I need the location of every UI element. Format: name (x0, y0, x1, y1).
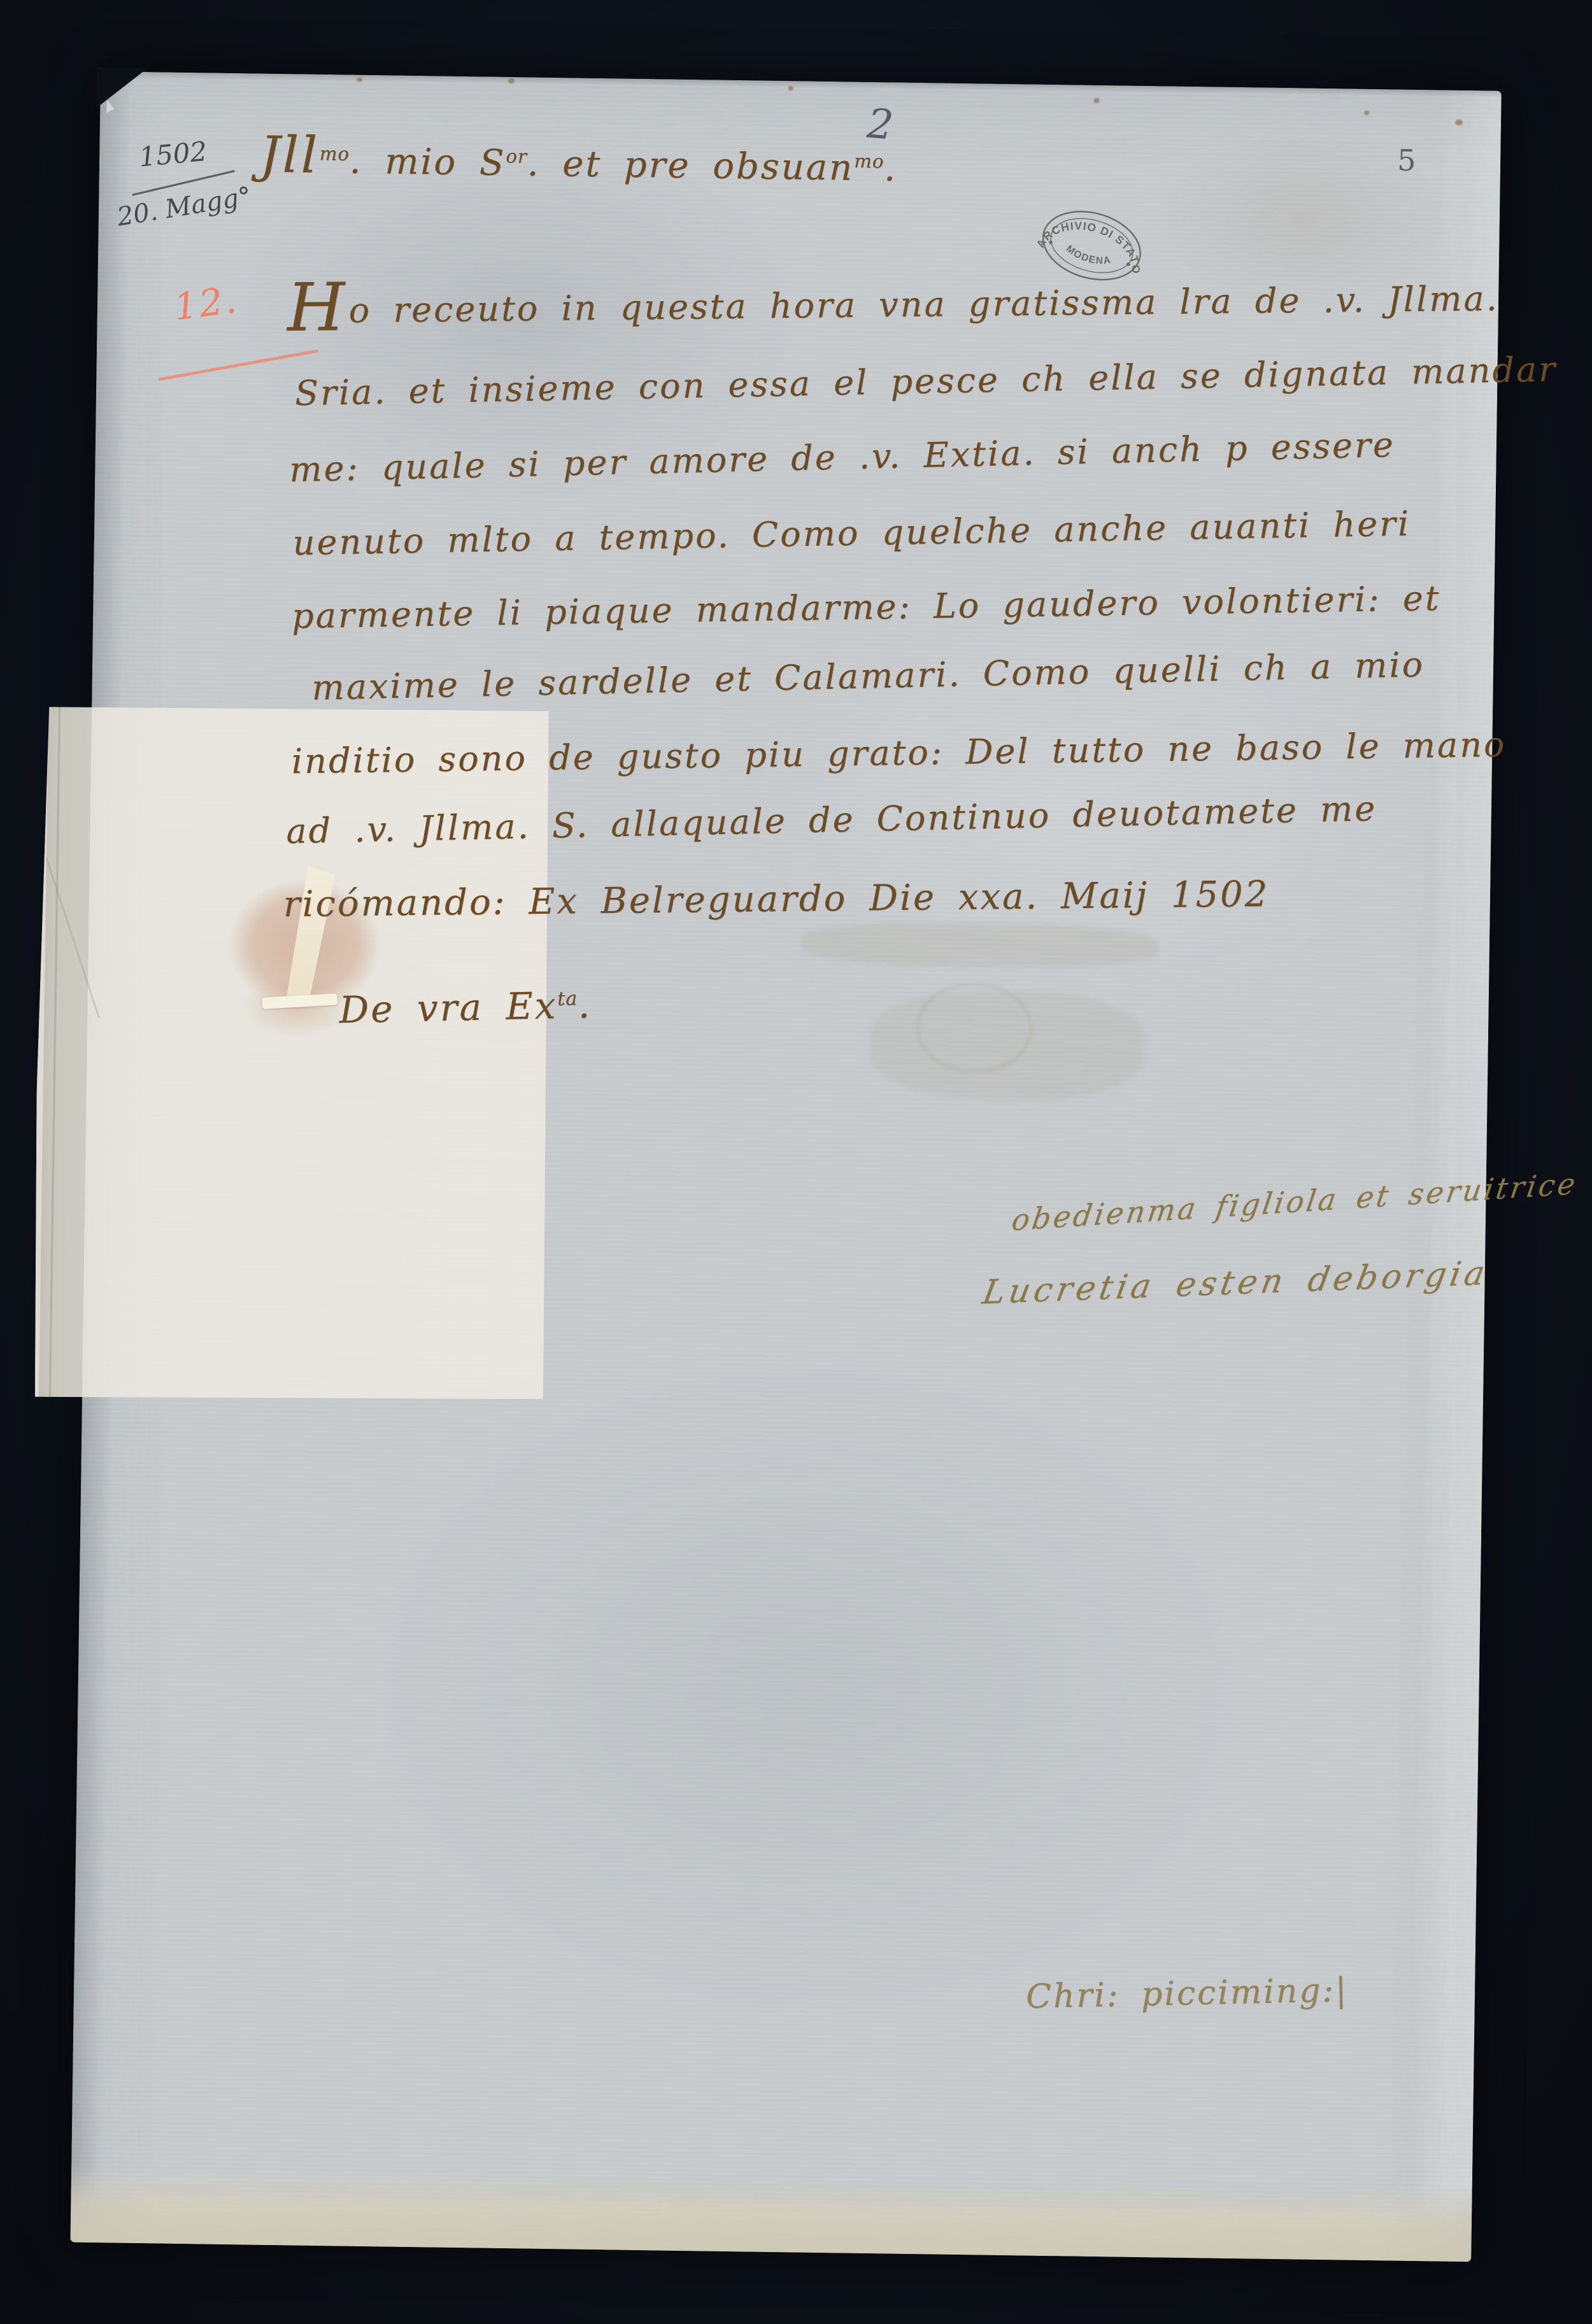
salutation-illmo: Jll (260, 126, 320, 185)
manuscript-line-6: maxime le sardelle et Calamari. Como que… (311, 644, 1425, 708)
guard-sheet-diagonal-crease (46, 858, 100, 1018)
archival-photo-scene: 1502 20. Magg° Jllmo. mio Sor. et pre ob… (0, 0, 1592, 2324)
stamp-bottom-textpath: MODENA (1062, 242, 1114, 271)
manuscript-line-1-text: o receuto in questa hora vna gratissma l… (348, 278, 1499, 330)
signature-line-2: Lucretia esten deborgia (980, 1254, 1491, 1312)
salutation-obsuan: . et pre obsuan (527, 143, 854, 188)
letter-sheet: 1502 20. Magg° Jllmo. mio Sor. et pre ob… (70, 71, 1501, 2262)
archival-daymonth-note: 20. Magg° (115, 181, 253, 232)
ink-bleedthrough-upper (802, 921, 1159, 970)
manuscript-line-2: Sria. et insieme con essa el pesce ch el… (294, 349, 1557, 413)
red-index-number: 12. (171, 278, 241, 329)
salutation-sup-mo: mo (320, 143, 350, 165)
foxing-spot (1364, 111, 1369, 115)
valediction-sup: ta (557, 988, 578, 1010)
foxing-spot (357, 78, 362, 82)
folio-number: 2 (865, 101, 895, 150)
salutation-line: Jllmo. mio Sor. et pre obsuanmo. (260, 126, 898, 193)
docket-note: Chri: picciming:| (1025, 1971, 1349, 2016)
salutation-sup-mo2: mo (854, 150, 885, 173)
salutation-mio-s: . mio S (349, 140, 506, 183)
page-number: 5 (1397, 143, 1416, 177)
manuscript-line-3: me: quale si per amore de .v. Extia. si … (289, 425, 1396, 490)
archival-year-note: 1502 (138, 136, 208, 173)
manuscript-line-1: Ho receuto in questa hora vna gratissma … (287, 271, 1499, 332)
foxing-spot (508, 78, 515, 83)
foxing-spot (788, 86, 793, 90)
guard-sheet-fold-crease (49, 704, 60, 1397)
manuscript-line-4: uenuto mlto a tempo. Como quelche anche … (292, 504, 1411, 563)
valediction-text: De vra Ex (339, 984, 558, 1031)
signature-line-1: obedienma figliola et seruitrice (1009, 1166, 1580, 1237)
drop-cap: H (287, 268, 349, 346)
salutation-sup-or: or (506, 145, 527, 167)
valediction-period: . (578, 983, 592, 1026)
foxing-spot (1455, 120, 1463, 125)
stamp-bottom-text: MODENA (1062, 242, 1114, 271)
guard-sheet-edge-highlight (32, 704, 48, 1397)
foxing-spot (1093, 98, 1099, 103)
salutation-period: . (884, 148, 898, 189)
valediction-line: De vra Exta. (339, 983, 592, 1031)
manuscript-line-5: parmente li piaque mandarme: Lo gaudero … (292, 578, 1441, 636)
